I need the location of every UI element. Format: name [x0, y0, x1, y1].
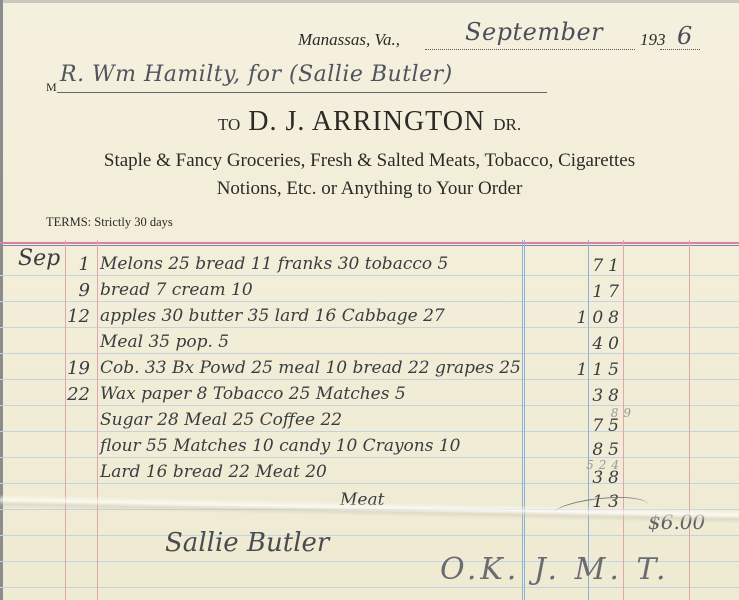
entry-description: flour 55 Matches 10 candy 10 Crayons 10: [100, 436, 461, 456]
ledger-rule: [0, 431, 739, 432]
ledger-rule: [0, 535, 739, 536]
year-prefix: 193: [640, 30, 666, 50]
ledger-rule: [0, 301, 739, 302]
entry-amount: 71: [560, 256, 624, 276]
ledger-month-label: Sep: [18, 246, 60, 271]
entry-amount: 108: [560, 308, 624, 328]
customer-prefix: M: [46, 80, 57, 95]
ledger-rule: [0, 353, 739, 354]
ledger-rule: [0, 275, 739, 276]
invoice-paper: Manassas, Va., September 193 6 M R. Wm H…: [0, 0, 739, 600]
date-underline: [425, 49, 635, 50]
entry-description: Cob. 33 Bx Powd 25 meal 10 bread 22 grap…: [100, 358, 521, 378]
payment-terms: TERMS: Strictly 30 days: [46, 215, 173, 230]
ledger-rule: [0, 327, 739, 328]
merchant-name: D. J. ARRINGTON: [248, 106, 485, 137]
entry-description: Melons 25 bread 11 franks 30 tobacco 5: [100, 254, 448, 274]
year-digit-handwritten: 6: [677, 22, 693, 50]
cents-column-rule-left: [522, 240, 523, 600]
merchant-heading: TO D. J. ARRINGTON DR.: [0, 106, 739, 138]
entry-amount: 17: [560, 282, 624, 302]
entry-description: Sugar 28 Meal 25 Coffee 22: [100, 410, 342, 430]
entry-amount: 85: [560, 440, 624, 460]
ledger-rule: [0, 587, 739, 588]
paper-top-edge: [0, 0, 739, 3]
entry-description: Meal 35 pop. 5: [100, 332, 229, 352]
entry-description: Wax paper 8 Tobacco 25 Matches 5: [100, 384, 406, 404]
merchant-tagline-1: Staple & Fancy Groceries, Fresh & Salted…: [0, 150, 739, 172]
customer-name-handwritten: R. Wm Hamilty, for (Sallie Butler): [60, 62, 453, 87]
entry-date: 9: [60, 280, 90, 301]
ledger-top-rule-blue: [0, 245, 739, 246]
ledger-rule: [0, 379, 739, 380]
entry-amount: 38: [560, 468, 624, 488]
ledger-rule: [0, 457, 739, 458]
entry-amount: 75: [560, 416, 624, 436]
entry-description: apples 30 butter 35 lard 16 Cabbage 27: [100, 306, 445, 326]
cents-column-rule-left-double: [524, 240, 525, 600]
merchant-to: TO: [218, 115, 240, 134]
entry-date: 12: [60, 306, 90, 327]
place-label: Manassas, Va.,: [298, 30, 400, 50]
entry-date: 1: [60, 254, 90, 275]
merchant-tagline-2: Notions, Etc. or Anything to Your Order: [0, 178, 739, 200]
date-column-rule-right: [97, 240, 98, 600]
customer-signature: Sallie Butler: [165, 528, 329, 558]
ledger-top-rule-red: [0, 242, 739, 244]
entry-description: bread 7 cream 10: [100, 280, 253, 300]
merchant-dr: DR.: [493, 115, 521, 134]
entry-date: 22: [60, 384, 90, 405]
ledger-rule: [0, 483, 739, 484]
month-handwritten: September: [465, 18, 603, 46]
ledger-grid: Sep 1 Melons 25 bread 11 franks 30 tobac…: [0, 240, 739, 600]
entry-amount: 38: [560, 386, 624, 406]
entry-date: 19: [60, 358, 90, 379]
entry-amount: 115: [560, 360, 624, 380]
customer-underline: [57, 92, 547, 93]
entry-description: Lard 16 bread 22 Meat 20: [100, 462, 327, 482]
entry-amount: 40: [560, 334, 624, 354]
approval-initials: O.K. J. M. T.: [440, 552, 670, 587]
total-column-rule-right: [689, 240, 690, 600]
